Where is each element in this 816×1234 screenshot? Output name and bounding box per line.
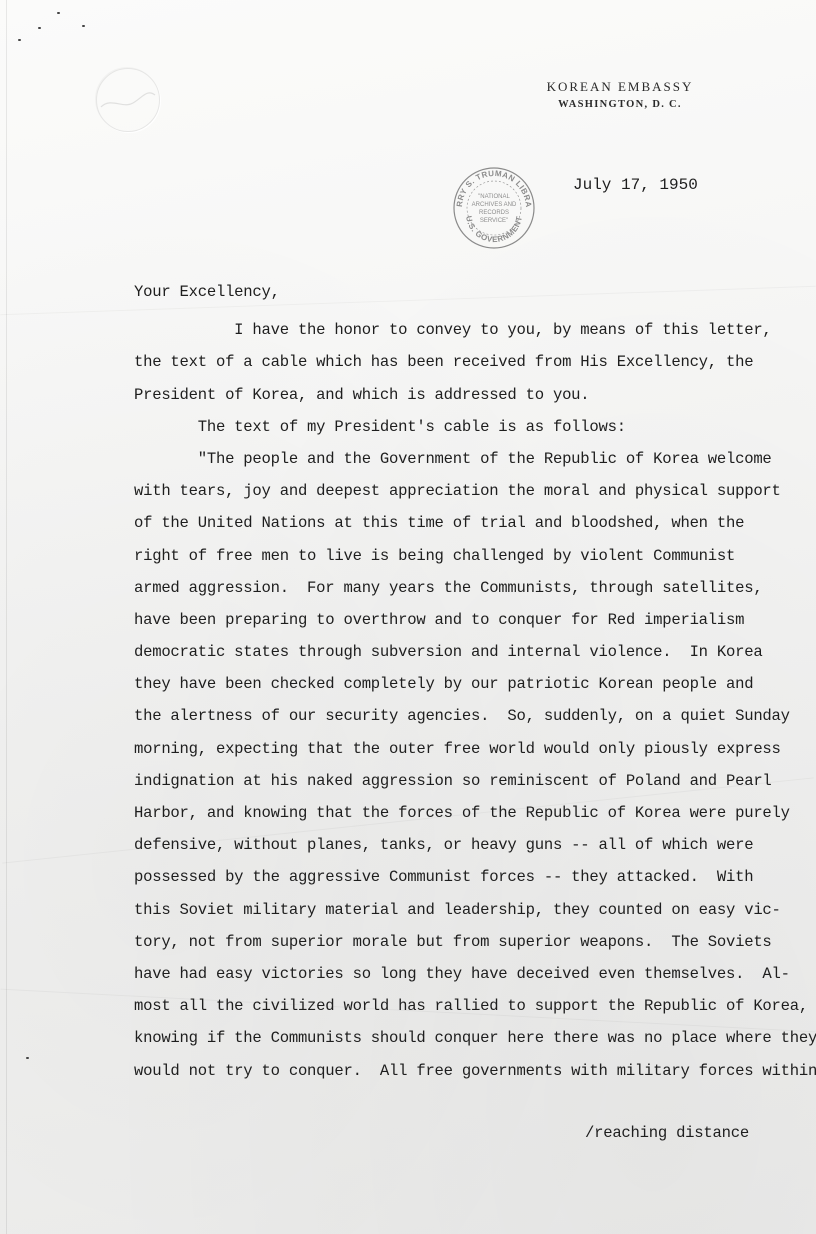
letterhead: KOREAN EMBASSY WASHINGTON, D. C. [520, 78, 720, 114]
letter-body: Your Excellency, I have the honor to con… [134, 276, 734, 1087]
body-line: democratic states through subversion and… [134, 636, 734, 668]
body-line: most all the civilized world has rallied… [134, 990, 734, 1022]
stamp-inner-line: "NATIONAL [478, 194, 510, 200]
body-line: would not try to conquer. All free gover… [134, 1055, 734, 1087]
body-line: the alertness of our security agencies. … [134, 700, 734, 732]
embossed-taeguk-seal-icon [96, 68, 160, 132]
page-continuation: /reaching distance [585, 1124, 749, 1142]
body-line: tory, not from superior morale but from … [134, 926, 734, 958]
body-line: knowing if the Communists should conquer… [134, 1022, 734, 1054]
body-line: right of free men to live is being chall… [134, 540, 734, 572]
body-line: possessed by the aggressive Communist fo… [134, 861, 734, 893]
stamp-inner-line: ARCHIVES AND [472, 202, 517, 208]
archives-stamp-icon: HARRY S. TRUMAN LIBRARY U.S. GOVERNMENT … [452, 166, 536, 250]
letterhead-location: WASHINGTON, D. C. [520, 96, 720, 114]
body-line: of the United Nations at this time of tr… [134, 507, 734, 539]
body-line: with tears, joy and deepest appreciation… [134, 475, 734, 507]
body-line: this Soviet military material and leader… [134, 894, 734, 926]
body-line: indignation at his naked aggression so r… [134, 765, 734, 797]
body-line: defensive, without planes, tanks, or hea… [134, 829, 734, 861]
body-line: Harbor, and knowing that the forces of t… [134, 797, 734, 829]
speck [26, 1057, 29, 1059]
stamp-inner-line: SERVICE" [480, 218, 508, 224]
body-line: have been preparing to overthrow and to … [134, 604, 734, 636]
body-line: morning, expecting that the outer free w… [134, 733, 734, 765]
body-line: The text of my President's cable is as f… [134, 411, 734, 443]
body-line: I have the honor to convey to you, by me… [134, 314, 734, 346]
letterhead-organization: KOREAN EMBASSY [520, 78, 720, 96]
speck [18, 39, 21, 41]
salutation: Your Excellency, [134, 276, 734, 308]
stamp-inner-line: RECORDS [479, 210, 509, 216]
speck [82, 25, 85, 27]
body-line: have had easy victories so long they hav… [134, 958, 734, 990]
letter-page: KOREAN EMBASSY WASHINGTON, D. C. HARRY S… [0, 0, 816, 1234]
speck [57, 12, 60, 14]
body-line: "The people and the Government of the Re… [134, 443, 734, 475]
speck [38, 27, 41, 29]
letter-date: July 17, 1950 [573, 176, 698, 194]
body-line: armed aggression. For many years the Com… [134, 572, 734, 604]
archives-stamp: HARRY S. TRUMAN LIBRARY U.S. GOVERNMENT … [452, 166, 536, 250]
body-line: President of Korea, and which is address… [134, 379, 734, 411]
body-line: they have been checked completely by our… [134, 668, 734, 700]
body-line: the text of a cable which has been recei… [134, 346, 734, 378]
